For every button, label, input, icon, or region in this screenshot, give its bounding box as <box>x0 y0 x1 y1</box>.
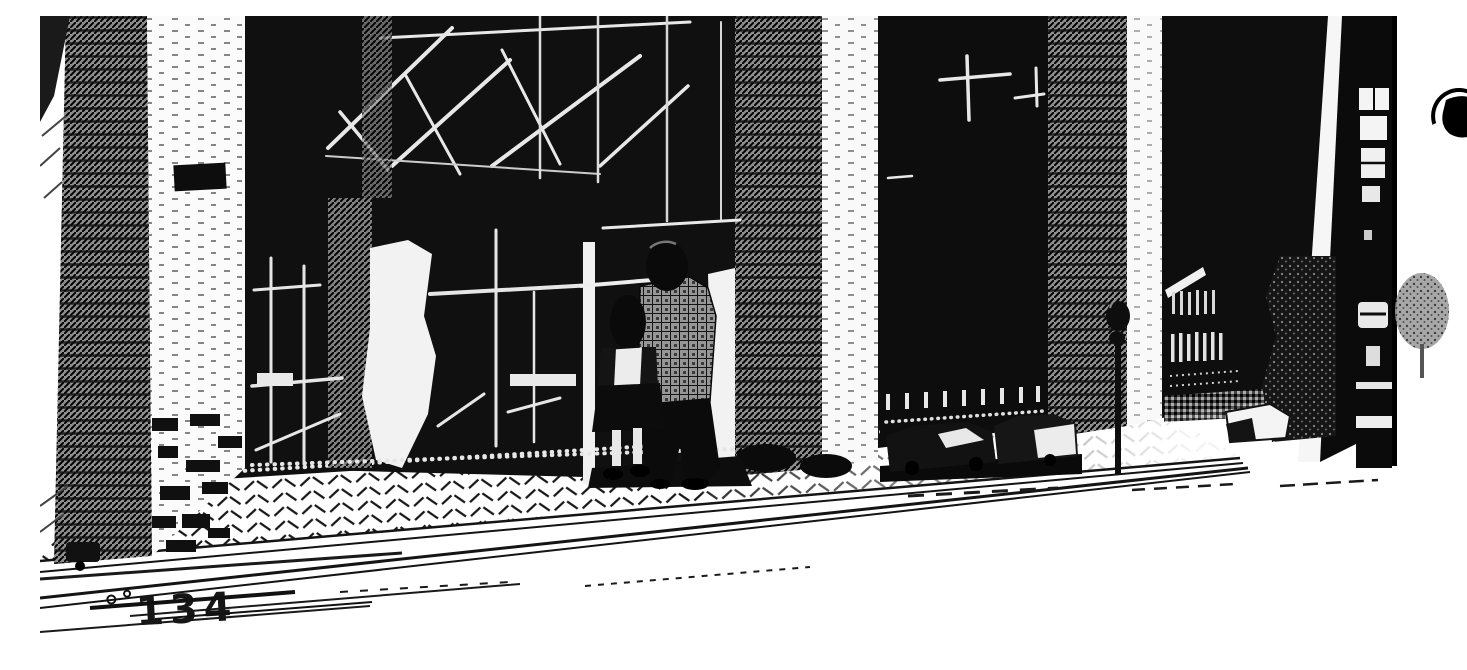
building-edge-line <box>1392 16 1397 466</box>
illustration-canvas: 134 <box>40 16 1467 654</box>
distant-building <box>1356 16 1397 468</box>
manga-panel: 134 <box>40 16 1467 654</box>
girl-leg <box>612 430 621 466</box>
girl-leg <box>633 428 642 464</box>
window-sill-left <box>257 373 293 386</box>
pillar-3 <box>1048 16 1162 438</box>
girl-head <box>610 295 646 349</box>
window-sill-right <box>510 374 576 386</box>
pillar-corner <box>54 16 245 564</box>
car-tail-left <box>66 542 100 562</box>
car-side-highlight <box>1034 424 1076 458</box>
man-head <box>646 241 688 291</box>
glass-bay-2 <box>878 16 1048 448</box>
pillar-2 <box>735 16 878 478</box>
page-number: 134 <box>135 584 239 635</box>
girl-skirt <box>592 383 665 432</box>
